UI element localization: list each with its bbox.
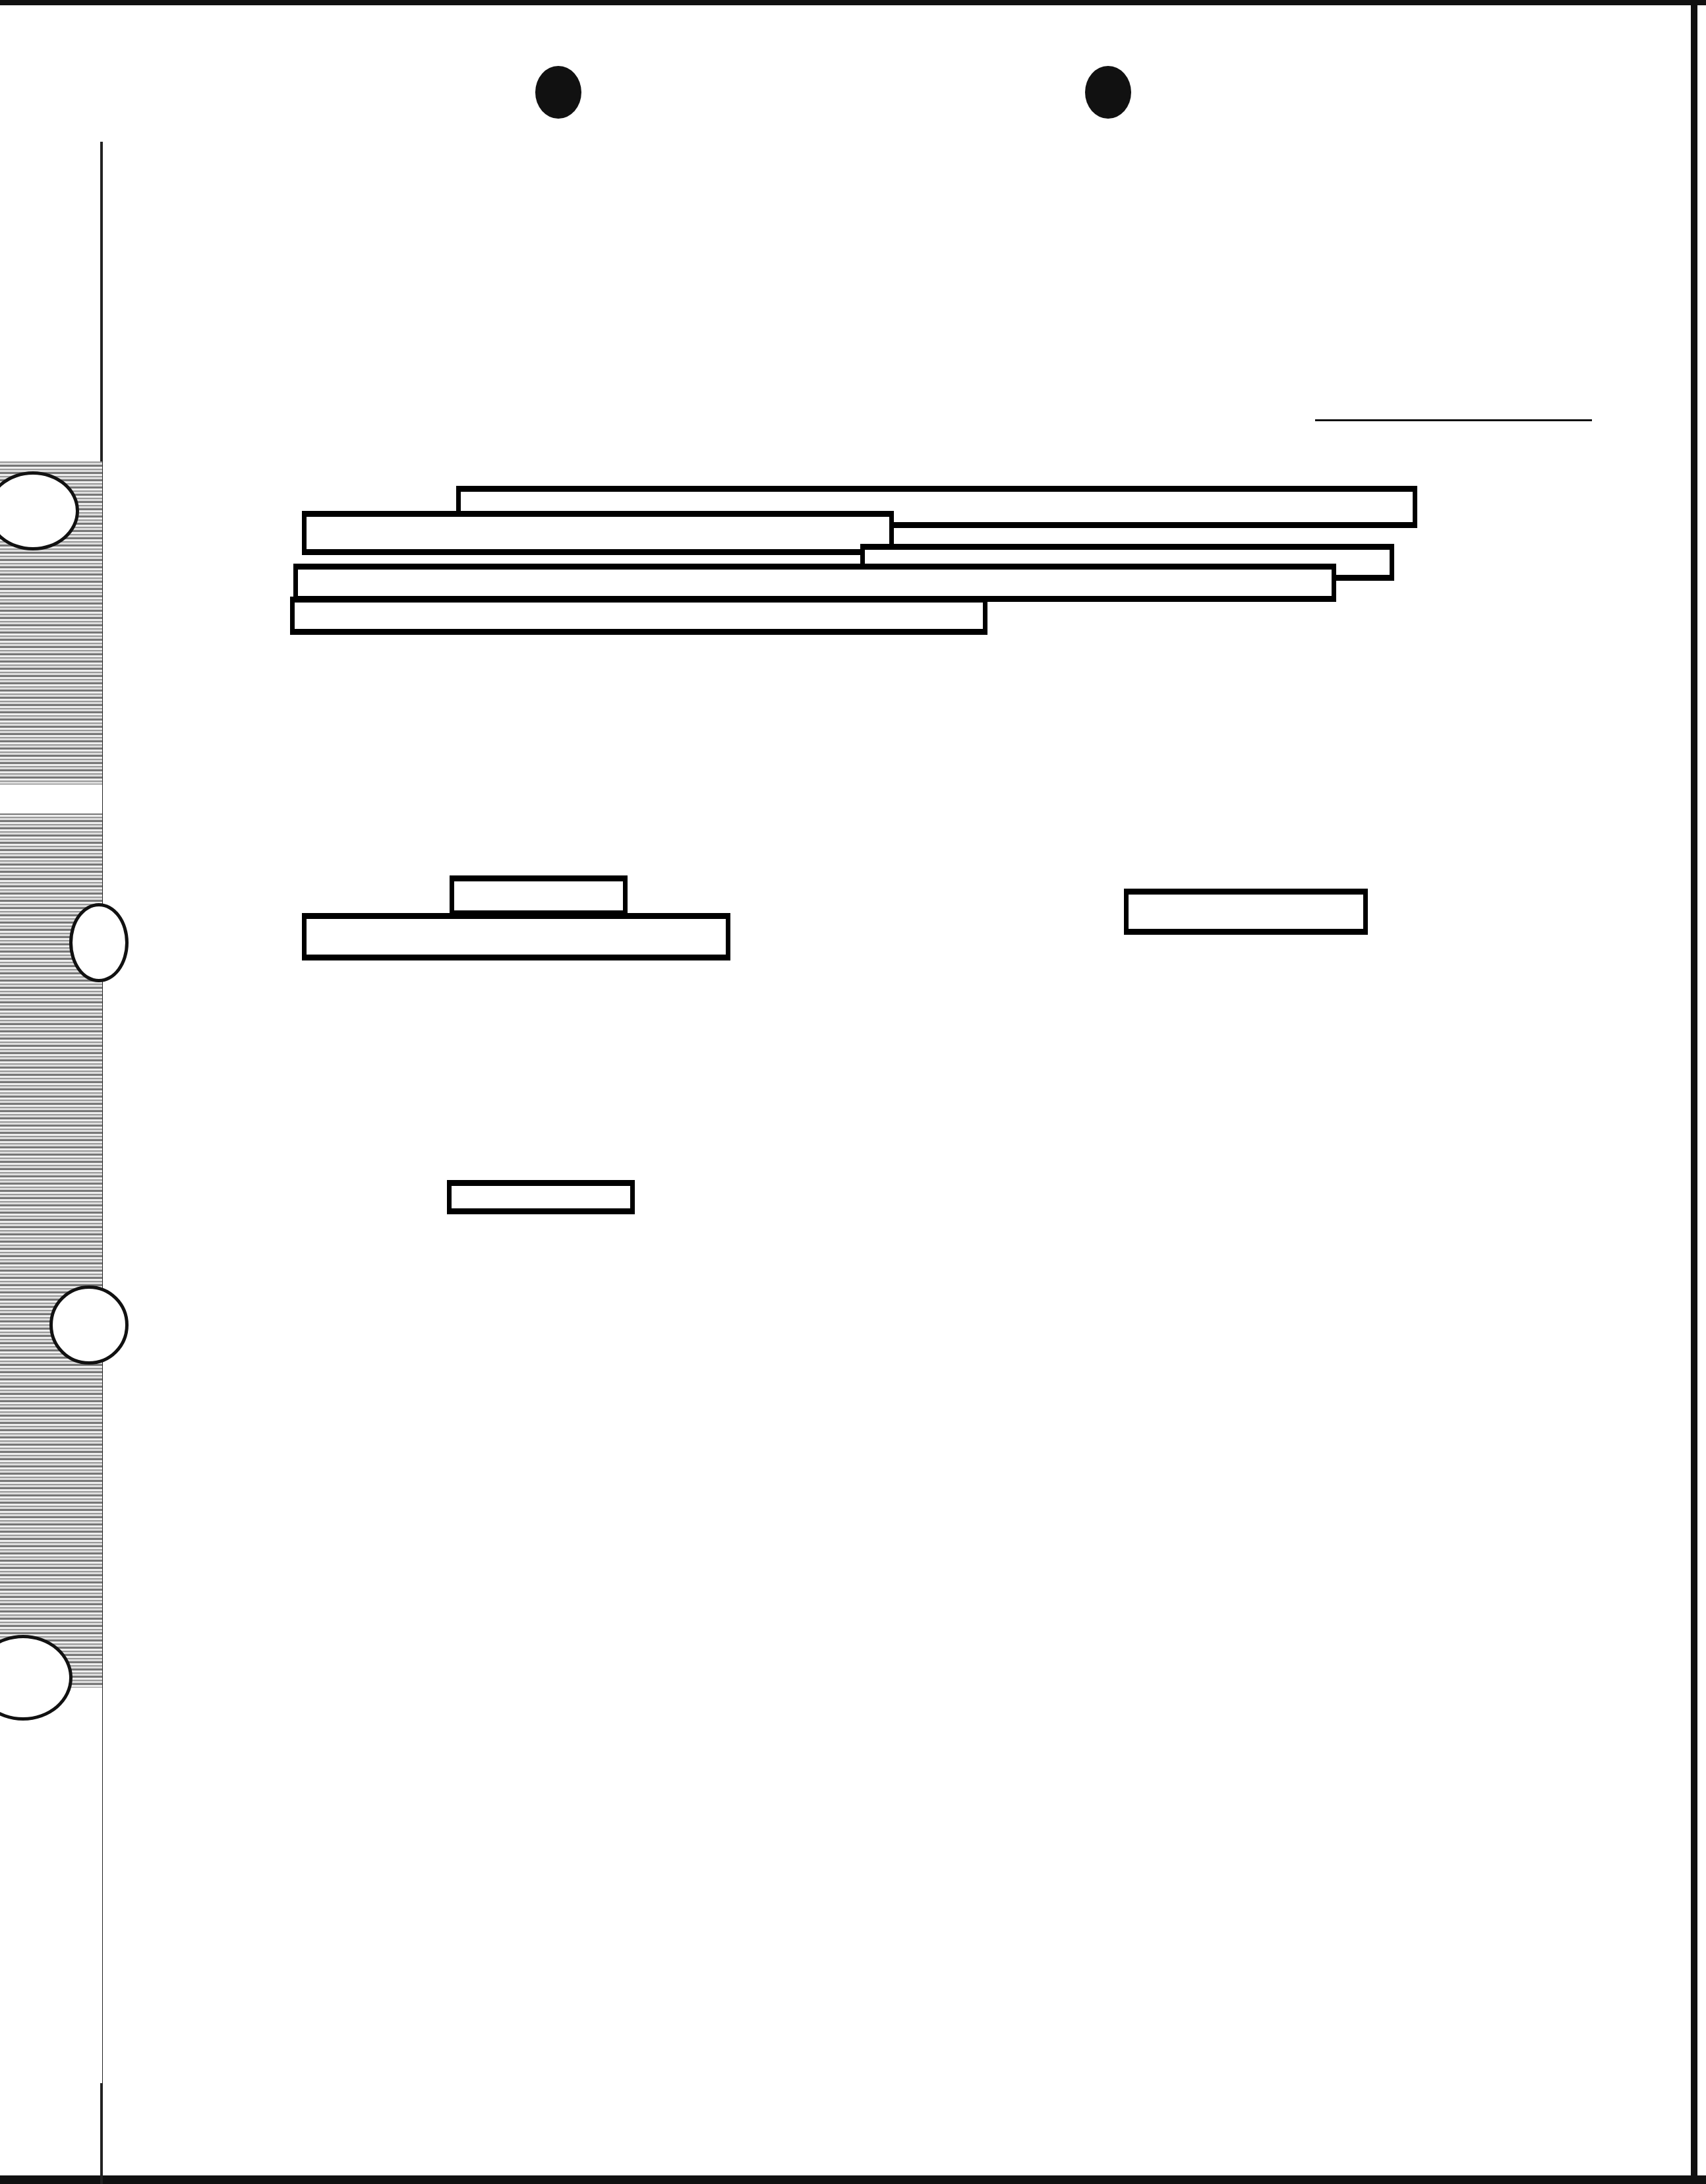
scan-left-edge-gap (0, 784, 102, 813)
scan-bottom-border (0, 2175, 1706, 2184)
binder-hole-left-icon (69, 903, 129, 982)
scan-right-border (1691, 0, 1697, 2184)
redaction-box (302, 511, 894, 555)
scan-left-edge-gap (0, 1688, 102, 2083)
transcription-underline (1315, 419, 1592, 421)
binder-hole-left-icon (49, 1285, 129, 1365)
redaction-box (447, 1180, 635, 1214)
fbi-fd302-document-page (0, 0, 1706, 2184)
redaction-box (290, 597, 987, 635)
redaction-box (1124, 889, 1368, 935)
redaction-box (450, 875, 628, 916)
redaction-box (302, 913, 730, 960)
punch-hole-icon (535, 66, 581, 119)
scan-left-edge-noise (0, 461, 102, 1714)
scan-top-border (0, 0, 1706, 5)
punch-hole-icon (1085, 66, 1131, 119)
